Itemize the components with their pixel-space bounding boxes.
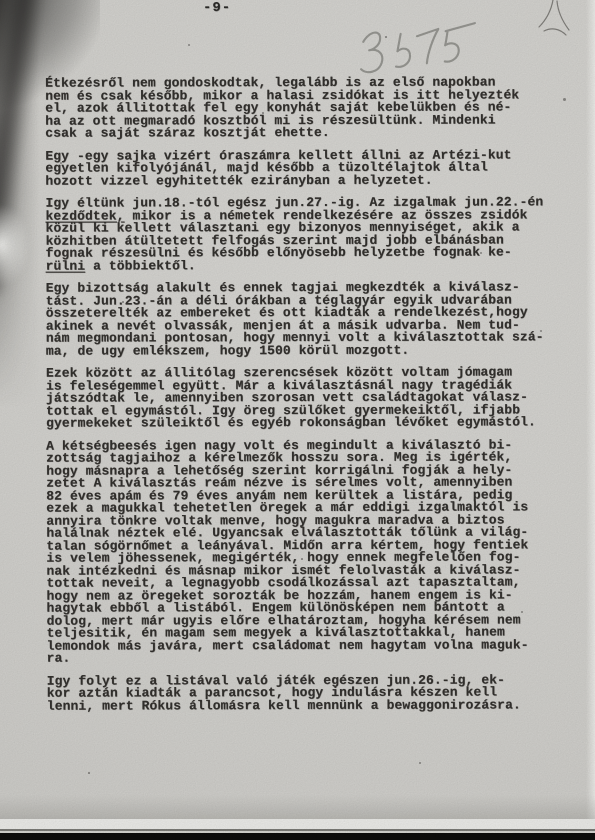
paper-speck: [200, 700, 202, 702]
paper-speck: [385, 36, 387, 38]
scan-light-right-edge: [586, 0, 595, 840]
scanned-document-page: -9- Étkezésről nem gondoskodtak, legaláb…: [0, 0, 595, 840]
scan-bottom-black-bar: [0, 833, 595, 840]
paper-speck: [262, 112, 264, 114]
paragraph: Egy bizottság alakult és ennek tagjai me…: [46, 281, 568, 357]
paper-speck: [91, 470, 93, 472]
paper-speck: [122, 301, 124, 303]
paper-speck: [188, 44, 190, 46]
paper-speck: [448, 86, 450, 88]
paper-speck: [60, 162, 62, 164]
paper-speck: [563, 98, 566, 101]
scan-bottom-white-strip: [0, 819, 595, 829]
paper-speck: [419, 762, 421, 764]
paragraph: Igy éltünk jun.18.-tól egész jun.27.-ig.…: [45, 196, 567, 272]
pen-scribble-icon: [520, 0, 590, 48]
paragraph: Egy -egy sajka vizért óraszámra kellett …: [45, 149, 567, 188]
paper-speck: [88, 772, 90, 774]
paragraph: A kétségbeesés igen nagy volt és megindu…: [46, 439, 569, 665]
paragraph: Étkezésről nem gondoskodtak, legalább is…: [45, 76, 567, 140]
scan-highlight-patch: [0, 205, 30, 285]
paragraph: Ezek között az állitólag szerencsések kö…: [46, 366, 568, 430]
document-text: Étkezésről nem gondoskodtak, legalább is…: [45, 76, 569, 722]
handwritten-number: [349, 11, 489, 81]
page-number: -9-: [203, 1, 231, 15]
scan-bottom-shadow-band: [0, 795, 595, 821]
paper-speck: [301, 558, 303, 560]
paragraph: Igy folyt ez a listával való játék egész…: [47, 674, 569, 713]
paper-speck: [480, 252, 482, 254]
paper-speck: [331, 120, 333, 122]
paper-speck: [540, 330, 542, 332]
paper-speck: [521, 611, 523, 613]
